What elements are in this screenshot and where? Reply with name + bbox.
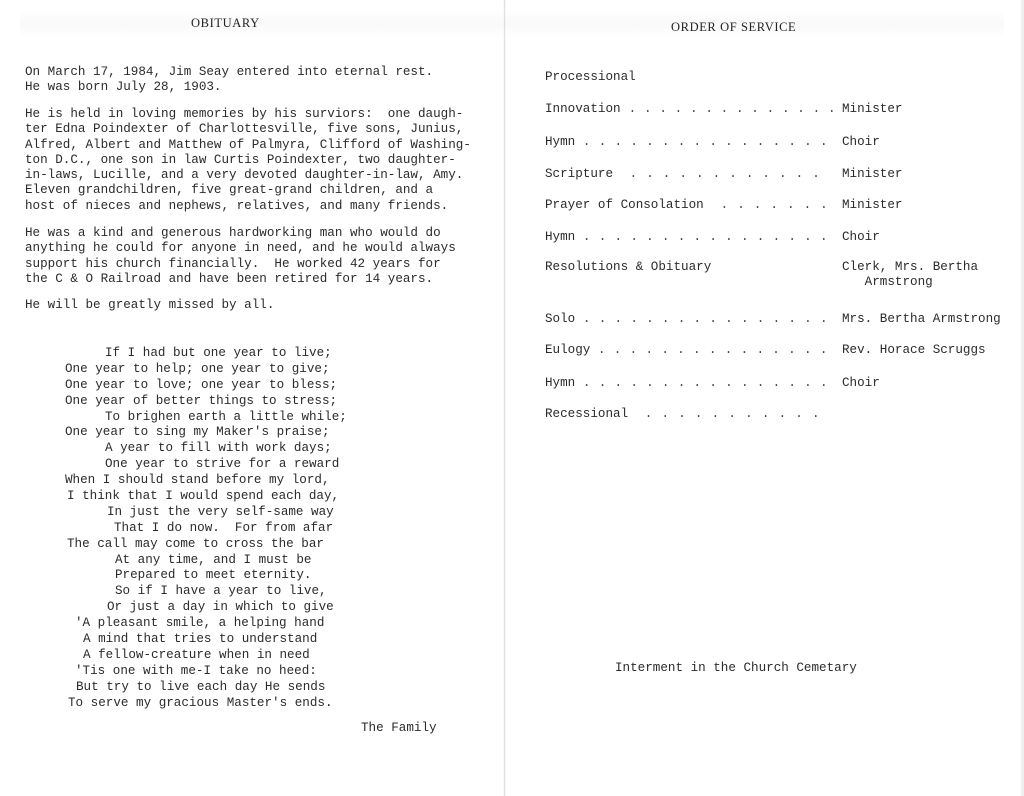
service-item-officiant: Minister bbox=[842, 102, 902, 117]
service-item-label: Innovation bbox=[545, 102, 621, 116]
dot-leader: . . . . . . . . . . . . bbox=[613, 167, 821, 181]
dot-leader: . . . . . . . . . . . . . . . . bbox=[575, 135, 828, 149]
service-item-officiant: Minister bbox=[842, 198, 902, 213]
poem-line: A mind that tries to understand bbox=[0, 632, 480, 648]
service-item-label: Resolutions & Obituary bbox=[545, 260, 711, 274]
poem-line: When I should stand before my lord, bbox=[0, 473, 480, 489]
poem-line: So if I have a year to live, bbox=[0, 584, 480, 600]
poem-line: If I had but one year to live; bbox=[0, 346, 480, 362]
poem-line: One year to help; one year to give; bbox=[0, 362, 480, 378]
signature: The Family bbox=[361, 721, 437, 735]
order-of-service-page: ORDER OF SERVICE ProcessionalInnovation … bbox=[505, 0, 1024, 796]
poem-line: 'A pleasant smile, a helping hand bbox=[0, 616, 480, 632]
dot-leader: . . . . . . . . . . . . . . . . bbox=[575, 230, 828, 244]
dot-leader: . . . . . . . . . . . . . . . . bbox=[575, 312, 828, 326]
poem-line: The call may come to cross the bar bbox=[0, 537, 480, 553]
dot-leader: . . . . . . . . . . . bbox=[628, 407, 820, 421]
service-item-officiant: Rev. Horace Scruggs bbox=[842, 343, 986, 358]
poem-line: One year to love; one year to bless; bbox=[0, 378, 480, 394]
service-item-officiant: Choir bbox=[842, 230, 880, 245]
order-of-service-title: ORDER OF SERVICE bbox=[671, 20, 796, 35]
poem-line: To brighen earth a little while; bbox=[0, 410, 480, 426]
poem-line: Prepared to meet eternity. bbox=[0, 568, 480, 584]
obituary-page: OBITUARY On March 17, 1984, Jim Seay ent… bbox=[0, 0, 505, 796]
service-item-officiant: Choir bbox=[842, 135, 880, 150]
service-item-label: Prayer of Consolation bbox=[545, 198, 704, 212]
service-item-label: Solo bbox=[545, 312, 575, 326]
poem-line: One year to strive for a reward bbox=[0, 457, 480, 473]
poem-line: One year of better things to stress; bbox=[0, 394, 480, 410]
poem-line: A year to fill with work days; bbox=[0, 441, 480, 457]
poem-line: One year to sing my Maker's praise; bbox=[0, 425, 480, 441]
obituary-paragraph-character: He was a kind and generous hardworking m… bbox=[25, 226, 495, 287]
obituary-paragraph-dates: On March 17, 1984, Jim Seay entered into… bbox=[25, 65, 495, 96]
poem-line: That I do now. For from afar bbox=[0, 521, 480, 537]
service-item-officiant: Choir bbox=[842, 376, 880, 391]
poem-line: Or just a day in which to give bbox=[0, 600, 480, 616]
poem-line: A fellow-creature when in need bbox=[0, 648, 480, 664]
service-item-officiant: Clerk, Mrs. Bertha Armstrong bbox=[842, 260, 978, 290]
dot-leader: . . . . . . . . . . . . . . bbox=[621, 102, 836, 116]
service-item-officiant: Mrs. Bertha Armstrong bbox=[842, 312, 1001, 327]
service-item-officiant: Minister bbox=[842, 167, 902, 182]
service-item-label: Hymn bbox=[545, 376, 575, 390]
poem-line: But try to live each day He sends bbox=[0, 680, 480, 696]
service-item-label: Processional bbox=[545, 70, 636, 84]
obituary-paragraph-survivors: He is held in loving memories by his sur… bbox=[25, 107, 495, 214]
dot-leader: . . . . . . . . . . . . . . . . bbox=[575, 376, 828, 390]
poem-line: To serve my gracious Master's ends. bbox=[0, 696, 480, 712]
obituary-title: OBITUARY bbox=[191, 16, 260, 31]
obituary-paragraph-closing: He will be greatly missed by all. bbox=[25, 298, 495, 313]
dot-leader: . . . . . . . . . . . . . . . bbox=[590, 343, 828, 357]
dot-leader: . . . . . . . bbox=[704, 198, 828, 212]
poem-line: I think that I would spend each day, bbox=[0, 489, 480, 505]
poem-line: At any time, and I must be bbox=[0, 553, 480, 569]
service-item-label: Recessional bbox=[545, 407, 628, 421]
interment-note: Interment in the Church Cemetary bbox=[615, 661, 857, 675]
memorial-poem: If I had but one year to live;One year t… bbox=[0, 346, 480, 711]
poem-line: In just the very self-same way bbox=[0, 505, 480, 521]
service-item-label: Eulogy bbox=[545, 343, 590, 357]
service-item-label: Hymn bbox=[545, 230, 575, 244]
poem-line: 'Tis one with me-I take no heed: bbox=[0, 664, 480, 680]
service-item-label: Hymn bbox=[545, 135, 575, 149]
service-item-label: Scripture bbox=[545, 167, 613, 181]
